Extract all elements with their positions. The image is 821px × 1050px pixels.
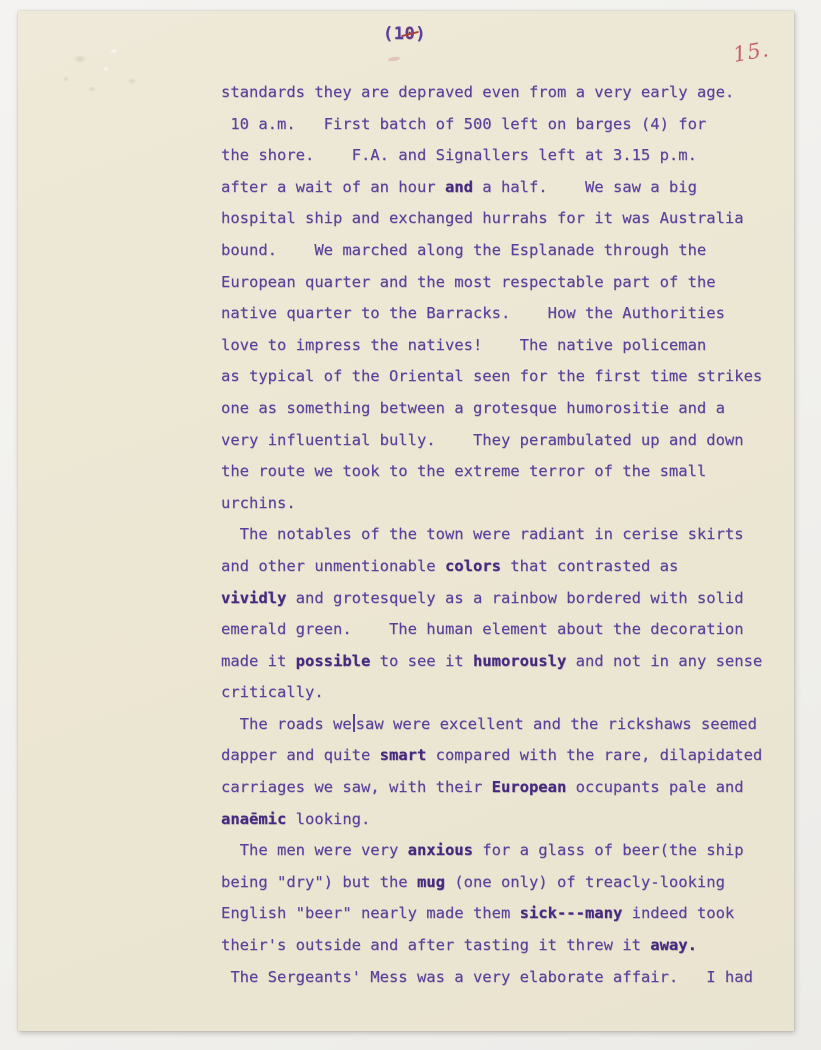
paper-damage-marks [58, 39, 178, 99]
page-number-typed: (10) [383, 24, 426, 44]
typed-line: standards they are depraved even from a … [221, 77, 762, 109]
typed-line: one as something between a grotesque hum… [221, 393, 762, 425]
typed-line: carriages we saw, with their European oc… [221, 772, 762, 804]
typed-line: native quarter to the Barracks. How the … [221, 298, 762, 330]
typed-line: The roads wesaw were excellent and the r… [221, 709, 762, 741]
typed-line: as typical of the Oriental seen for the … [221, 361, 762, 393]
typed-line: The notables of the town were radiant in… [221, 519, 762, 551]
typed-line: being "dry") but the mug (one only) of t… [221, 867, 762, 899]
typed-line: European quarter and the most respectabl… [221, 267, 762, 299]
typed-line: English "beer" nearly made them sick---m… [221, 898, 762, 930]
typed-line: very influential bully. They perambulate… [221, 425, 762, 457]
typed-line: love to impress the natives! The native … [221, 330, 762, 362]
typed-line: emerald green. The human element about t… [221, 614, 762, 646]
typed-line: 10 a.m. First batch of 500 left on barge… [221, 109, 762, 141]
typed-text-body: standards they are depraved even from a … [221, 77, 762, 993]
struck-digit: 0 [404, 24, 415, 44]
typed-line: vividly and grotesquely as a rainbow bor… [221, 583, 762, 615]
typed-line: made it possible to see it humorously an… [221, 646, 762, 678]
insertion-mark [353, 714, 355, 732]
typed-line: The men were very anxious for a glass of… [221, 835, 762, 867]
photo-background: (10) 15. standards they are depraved eve… [0, 0, 821, 1050]
typed-line: their's outside and after tasting it thr… [221, 930, 762, 962]
typed-line: bound. We marched along the Esplanade th… [221, 235, 762, 267]
typed-line: The Sergeants' Mess was a very elaborate… [221, 962, 762, 994]
typed-line: the route we took to the extreme terror … [221, 456, 762, 488]
typed-line: urchins. [221, 488, 762, 520]
typed-line: hospital ship and exchanged hurrahs for … [221, 203, 762, 235]
typed-line: dapper and quite smart compared with the… [221, 740, 762, 772]
page-number-suffix: ) [415, 24, 426, 44]
typed-line: the shore. F.A. and Signallers left at 3… [221, 140, 762, 172]
typed-line: anaēmic looking. [221, 804, 762, 836]
typed-line: after a wait of an hour and a half. We s… [221, 172, 762, 204]
typed-line: and other unmentionable colors that cont… [221, 551, 762, 583]
typed-line: critically. [221, 677, 762, 709]
